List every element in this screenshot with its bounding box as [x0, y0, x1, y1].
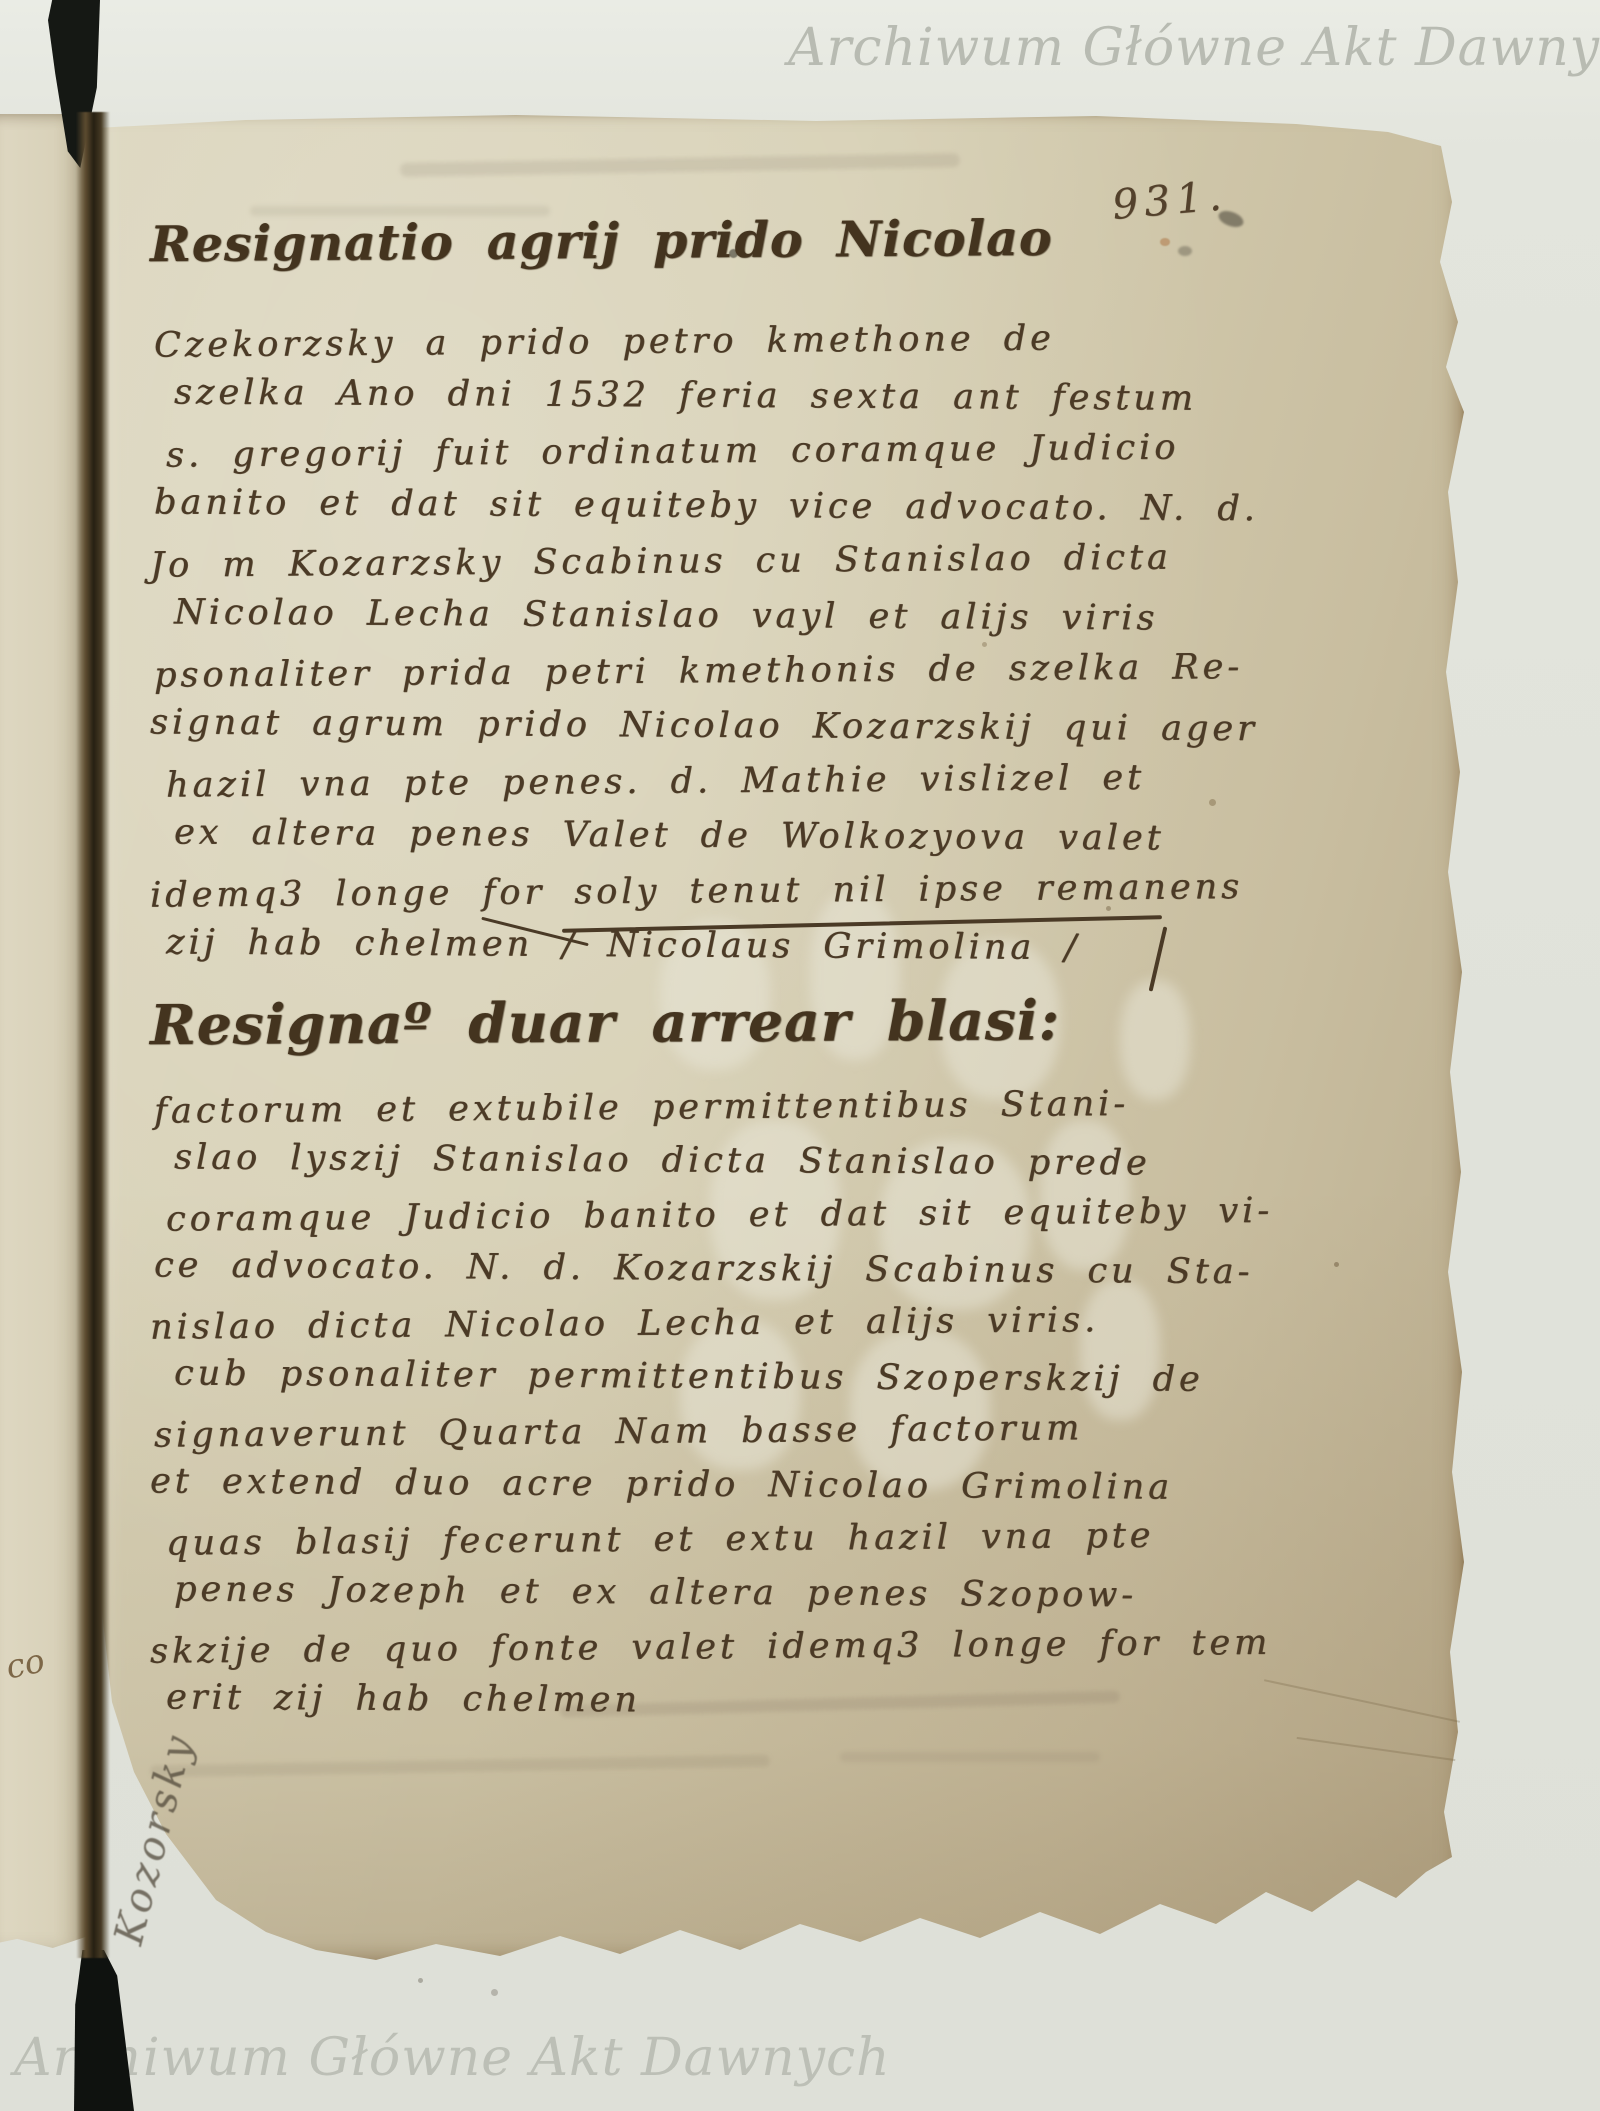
manuscript-line: skzije de quo fonte valet idemq3 longe f…	[150, 1615, 1330, 1678]
manuscript-line: erit zij hab chelmen	[166, 1670, 1330, 1731]
manuscript-line: et extend duo acre prido Nicolao Grimoli…	[150, 1454, 1330, 1515]
manuscript-line: slao lyszij Stanislao dicta Stanislao pr…	[174, 1130, 1330, 1191]
manuscript-line: s. gregorij fuit ordinatum coramque Judi…	[166, 419, 1330, 483]
manuscript-line: penes Jozeph et ex altera penes Szopow-	[174, 1562, 1330, 1623]
manuscript-line: hazil vna pte penes. d. Mathie vislizel …	[166, 749, 1330, 813]
entry2-body: factorum et extubile permittentibus Stan…	[150, 1080, 1330, 1728]
entry1-heading: Resignatio agrij prido Nicolao	[150, 190, 1331, 290]
manuscript-line: ex altera penes Valet de Wolkozyova vale…	[174, 805, 1330, 867]
manuscript-line: idemq3 longe for soly tenut nil ipse rem…	[150, 859, 1330, 923]
manuscript-line: quas blasij fecerunt et extu hazil vna p…	[166, 1507, 1330, 1570]
binding-gutter-shadow	[76, 112, 110, 1958]
manuscript-line: cub psonaliter permittentibus Szoperskzi…	[174, 1346, 1330, 1407]
manuscript-line: Jo m Kozarzsky Scabinus cu Stanislao dic…	[150, 529, 1330, 593]
manuscript-line: signat agrum prido Nicolao Kozarzskij qu…	[150, 695, 1330, 757]
manuscript-line: Czekorzsky a prido petro kmethone de	[154, 309, 1330, 373]
manuscript-line: psonaliter prida petri kmethonis de szel…	[154, 639, 1330, 703]
manuscript-line: nislao dicta Nicolao Lecha et alijs viri…	[150, 1291, 1330, 1354]
archive-watermark-top: Archiwum Główne Akt Dawnych	[788, 18, 1600, 78]
manuscript-line: coramque Judicio banito et dat sit equit…	[166, 1183, 1330, 1246]
entry1-body: Czekorzsky a prido petro kmethone de sze…	[150, 314, 1330, 974]
archive-watermark-bottom: Archiwum Główne Akt Dawnych	[14, 2028, 891, 2088]
manuscript-line: ce advocato. N. d. Kozarzskij Scabinus c…	[154, 1238, 1330, 1299]
archive-scan: Archiwum Główne Akt Dawnych Archiwum Głó…	[0, 0, 1600, 2111]
manuscript-line: banito et dat sit equiteby vice advocato…	[154, 475, 1330, 537]
paper-specks	[0, 0, 5, 5]
ink-bleed	[840, 1752, 1100, 1762]
manuscript-line: Nicolao Lecha Stanislao vayl et alijs vi…	[174, 585, 1330, 647]
manuscript-line: signaverunt Quarta Nam basse factorum	[154, 1399, 1330, 1462]
manuscript-line: szelka Ano dni 1532 feria sexta ant fest…	[174, 365, 1330, 427]
manuscript-line: factorum et extubile permittentibus Stan…	[154, 1075, 1330, 1138]
edge-mark: co	[2, 1640, 48, 1686]
manuscript-text: Resignatio agrij prido Nicolao Czekorzsk…	[150, 194, 1330, 1728]
